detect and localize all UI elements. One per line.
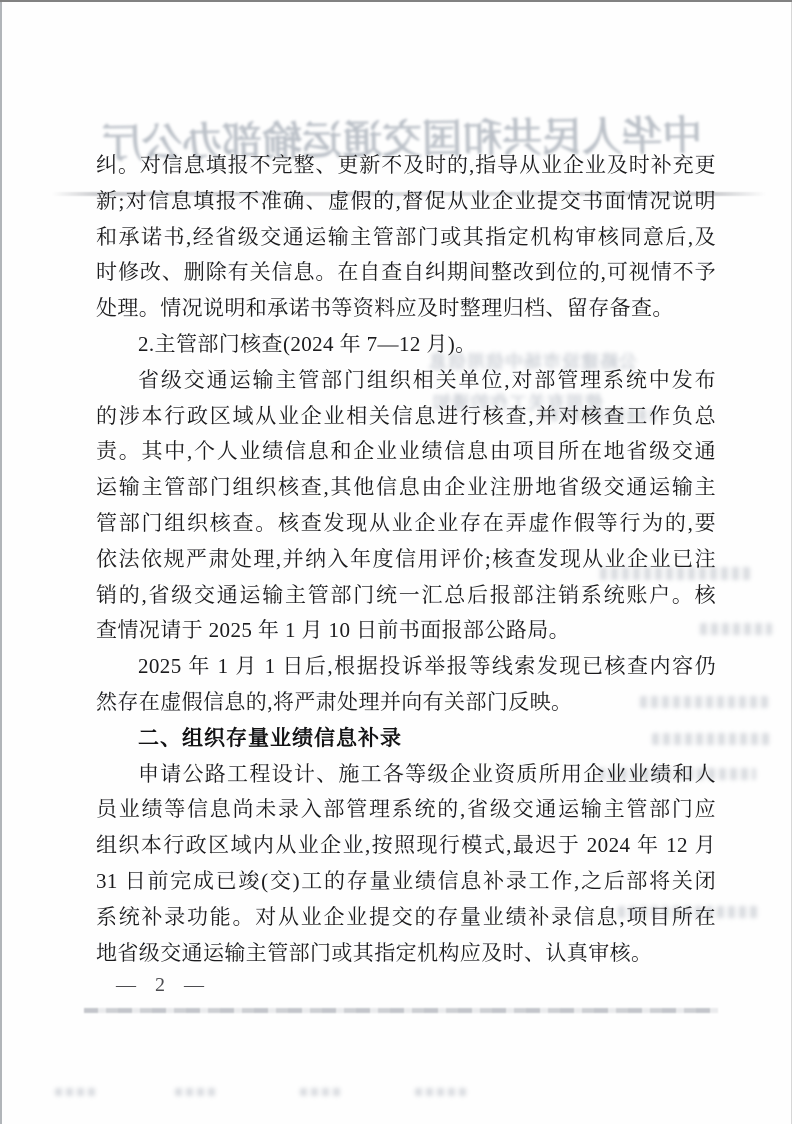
- text-line: 地省级交通运输主管部门或其指定机构应及时、认真审核。: [96, 936, 716, 972]
- bleedthrough-smudge: [300, 1088, 344, 1096]
- bleedthrough-smudge: [415, 1088, 467, 1096]
- text-line: 依法依规严肃处理,并纳入年度信用评价;核查发现从业企业已注: [96, 542, 716, 578]
- text-line: 新;对信息填报不准确、虚假的,督促从业企业提交书面情况说明: [96, 184, 716, 220]
- bleedthrough-smudge: [55, 1088, 99, 1096]
- scanned-page: 中华人民共和国交通运输部办公厅 公路建设市场中信用信息 使用有关工作的通知 纠。…: [0, 0, 792, 1124]
- page-number: — 2 —: [116, 974, 205, 997]
- text-line: 查情况请于 2025 年 1 月 10 日前书面报部公路局。: [96, 613, 716, 649]
- bleedthrough-smudge: [175, 1088, 219, 1096]
- text-line: 组织本行政区域内从业企业,按照现行模式,最迟于 2024 年 12 月: [96, 828, 716, 864]
- text-line: 时修改、删除有关信息。在自查自纠期间整改到位的,可视情不予: [96, 255, 716, 291]
- text-line: 责。其中,个人业绩信息和企业业绩信息由项目所在地省级交通: [96, 434, 716, 470]
- text-line: 系统补录功能。对从业企业提交的存量业绩补录信息,项目所在: [96, 900, 716, 936]
- text-line: 省级交通运输主管部门组织相关单位,对部管理系统中发布: [96, 363, 716, 399]
- text-line: 和承诺书,经省级交通运输主管部门或其指定机构审核同意后,及: [96, 220, 716, 256]
- text-line: 的涉本行政区域从业企业相关信息进行核查,并对核查工作负总: [96, 399, 716, 435]
- text-line: 运输主管部门组织核查,其他信息由企业注册地省级交通运输主: [96, 470, 716, 506]
- text-line: 销的,省级交通运输主管部门统一汇总后报部注销系统账户。核: [96, 578, 716, 614]
- scan-streak: [84, 1008, 718, 1013]
- section-heading: 二、组织存量业绩信息补录: [96, 721, 716, 757]
- text-line: 2.主管部门核查(2024 年 7—12 月)。: [96, 327, 716, 363]
- text-line: 2025 年 1 月 1 日后,根据投诉举报等线索发现已核查内容仍: [96, 649, 716, 685]
- text-line: 处理。情况说明和承诺书等资料应及时整理归档、留存备查。: [96, 291, 716, 327]
- text-block: 纠。对信息填报不完整、更新不及时的,指导从业企业及时补充更新;对信息填报不准确、…: [96, 148, 716, 971]
- text-line: 纠。对信息填报不完整、更新不及时的,指导从业企业及时补充更: [96, 148, 716, 184]
- text-line: 然存在虚假信息的,将严肃处理并向有关部门反映。: [96, 685, 716, 721]
- text-line: 管部门组织核查。核查发现从业企业存在弄虚作假等行为的,要: [96, 506, 716, 542]
- scan-edge-left: [0, 2, 2, 1124]
- text-line: 员业绩等信息尚未录入部管理系统的,省级交通运输主管部门应: [96, 792, 716, 828]
- text-line: 31 日前完成已竣(交)工的存量业绩信息补录工作,之后部将关闭: [96, 864, 716, 900]
- text-line: 申请公路工程设计、施工各等级企业资质所用企业业绩和人: [96, 757, 716, 793]
